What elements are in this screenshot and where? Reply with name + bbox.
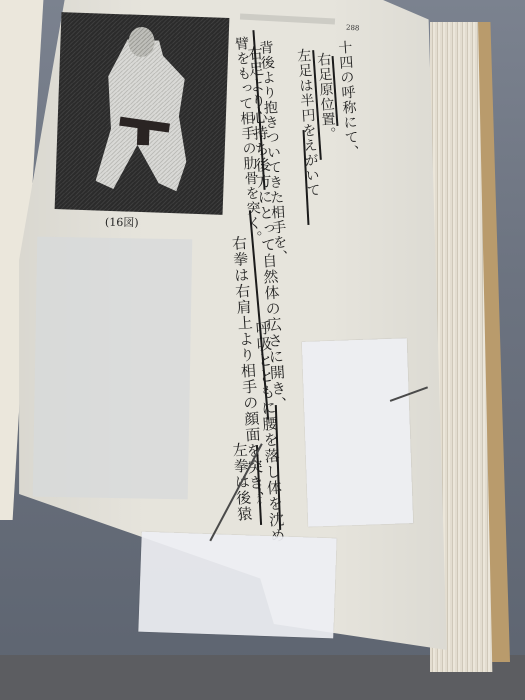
figure-gi: [95, 39, 190, 192]
tape-patch-bottom: [138, 532, 336, 639]
book-photo-scene: 288 (16図) 十四の呼称にて、 右足原位置。 左足は半円をえがいて 右足よ…: [0, 0, 525, 700]
faded-photo-area: [33, 237, 193, 500]
tape-patch-right: [302, 338, 413, 527]
figure-belt-knot: [137, 125, 150, 145]
page-number: 288: [346, 24, 360, 33]
figure-photo: [55, 12, 230, 215]
figure-caption: (16図): [105, 214, 139, 231]
